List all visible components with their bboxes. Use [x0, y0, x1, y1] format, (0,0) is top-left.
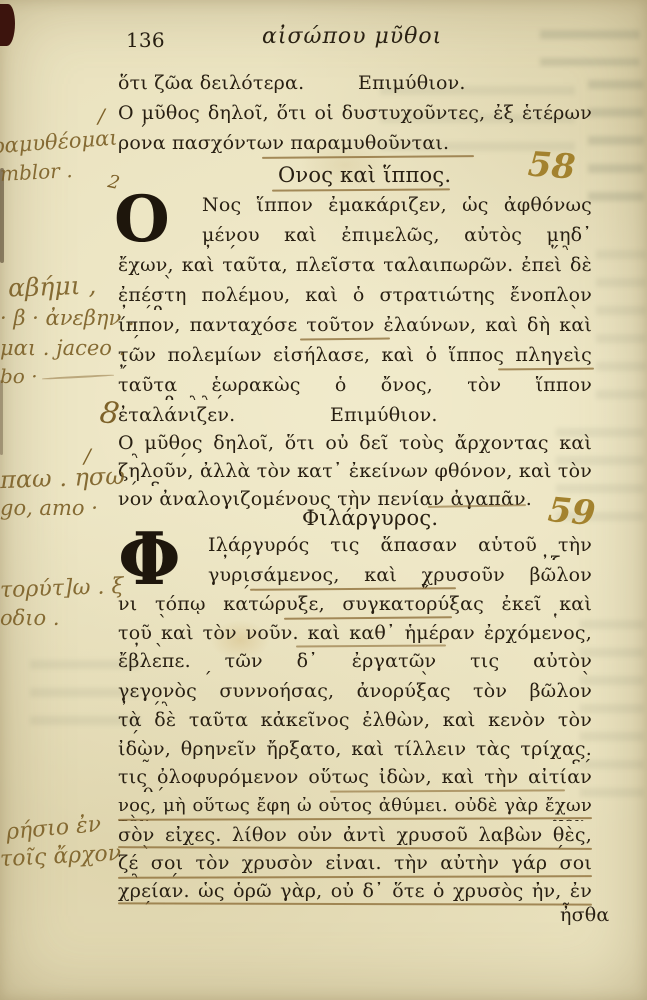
fable59-line: τὰ δὲ ταῦτα κἀκεῖνος ἐλθὼν, καὶ κενὸν τὸ… — [118, 711, 592, 735]
fable58-epimythion-line: ζηλοῦν, ἀλλὰ τὸν κατ᾽ ἐκείνων φθόνον, κα… — [118, 462, 592, 486]
fable59-line: νι τόπῳ κατώρυξε, συγκατορύξας ἐκεῖ καὶ … — [118, 595, 592, 619]
fable58-line: τῶν πολεμίων εἰσήλασε, καὶ ὁ ἵππος πληγε… — [118, 346, 592, 370]
fable57-epimythion-label: Επιμύθιον. — [358, 74, 466, 93]
fable58-line: ταῦτα ἑωρακὼς ὁ ὄνος, τὸν ἵππον μεταβαλλ… — [118, 376, 592, 400]
fable59-number-handwritten: 59 — [546, 490, 597, 534]
page-edge-mark — [0, 380, 3, 455]
bleedthrough-text — [540, 30, 640, 66]
bleedthrough-text — [588, 80, 644, 210]
running-header: αἰσώπου μῦθοι — [262, 26, 442, 48]
fable58-number-handwritten: 58 — [527, 144, 577, 187]
fable58-line: μένου καὶ ἐπιμελῶς, αὐτὸς μηδ᾽ ἀχύρων ἅλ… — [202, 226, 592, 250]
fable59-line: ζέ σοι τὸν χρυσὸν εἶναι. τὴν αὐτὴν γάρ σ… — [118, 854, 592, 878]
marginal-note-gloss: μαι . jaceo . — [0, 336, 125, 360]
fable58-line: ἐπέστη πολέμου, καὶ ὁ στρατιώτης ἔνοπλον… — [118, 286, 592, 310]
fable59-line: ἰδὼν, θρηνεῖν ἤρξατο, καὶ τίλλειν τὰς τρ… — [118, 740, 592, 764]
fable58-line: Νος ἵππον ἐμακάριζεν, ὡς ἀφθόνως τρεφο- — [202, 196, 592, 220]
marginal-note-gloss: ραμυθέομαι — [0, 126, 118, 159]
fable57-moral-tail: ὅτι ζῶα δειλότερα. — [118, 74, 304, 93]
fable58-title: Ονος καὶ ἵππος. — [278, 165, 451, 186]
fable59-line: ἔβλεπε. τῶν δ᾽ ἐργατῶν τις αὐτὸν παρατηρ… — [118, 652, 592, 676]
catchword: ἦσθα — [560, 906, 609, 925]
fable59-line: Ιλάργυρός τις ἅπασαν αὑτοῦ τὴν οὐσίαν ἐξ… — [208, 536, 592, 560]
marginal-note-gloss: · β · ἀνεβην . — [0, 306, 135, 330]
marginal-note-gloss: τοῖς ἄρχον — [0, 841, 122, 872]
marginal-note-gloss: go, amo · — [0, 496, 98, 520]
fable58-line: ἔχων, καὶ ταῦτα, πλεῖστα ταλαιπωρῶν. ἐπε… — [118, 256, 592, 280]
hand-underline — [262, 155, 474, 159]
marginal-note-gloss: τορύτ]ω . ξ — [0, 574, 124, 603]
fable59-drop-cap: Φ — [118, 530, 181, 588]
fable59-line: γυρισάμενος, καὶ χρυσοῦν βῶλον ποιήσας, … — [208, 566, 592, 590]
fable58-line: ἐταλάνιζεν. — [118, 406, 235, 425]
fable58-epimythion-label: Επιμύθιον. — [330, 406, 438, 425]
fable57-epimythion-line: Ο μῦθος δηλοῖ, ὅτι οἱ δυστυχοῦντες, ἐξ ἑ… — [118, 104, 592, 128]
scan-corner-stain — [0, 4, 15, 46]
fable57-epimythion-line: ρονα πασχόντων παραμυθοῦνται. — [118, 134, 449, 153]
hand-underline — [300, 338, 390, 341]
marginal-note-gloss: αβήμι , — [8, 270, 97, 302]
page-number: 136 — [126, 30, 165, 50]
marginal-slash-mark: / — [98, 104, 105, 128]
fable58-line: ἵππον, πανταχόσε τοῦτον ἐλαύνων, καὶ δὴ … — [118, 316, 592, 340]
hand-underline — [272, 188, 450, 191]
marginal-note-gloss: οδιο . — [0, 606, 60, 630]
marginal-flourish: 8 — [98, 395, 122, 432]
fable58-epimythion-line: Ο μῦθος δηλοῖ, ὅτι οὐ δεῖ τοὺς ἄρχοντας … — [118, 434, 592, 458]
marginal-note-gloss: παω . ησω — [0, 462, 125, 494]
bleedthrough-text — [596, 250, 646, 400]
scanned-book-page: 136 αἰσώπου μῦθοι ὅτι ζῶα δειλότερα. Επι… — [0, 0, 647, 1000]
marginal-note-gloss: mblor . — [0, 158, 73, 186]
hand-underline — [118, 875, 592, 879]
fable58-drop-cap: Ο — [114, 194, 170, 245]
hand-underline — [250, 587, 456, 590]
hand-underline — [284, 616, 452, 619]
marginal-note-gloss: ρήσιο ἐν — [5, 812, 102, 845]
fable59-line: γεγονὸς συννοήσας, ἀνορύξας τὸν βῶλον ἀν… — [118, 682, 592, 706]
fable59-line: τις ὀλοφυρόμενον οὕτως ἰδὼν, καὶ τὴν αἰτ… — [118, 768, 592, 792]
marginal-flourish-line — [42, 374, 114, 379]
fable59-title: Φιλάργυρος. — [302, 508, 438, 529]
marginal-note-gloss: bo · — [0, 364, 38, 388]
